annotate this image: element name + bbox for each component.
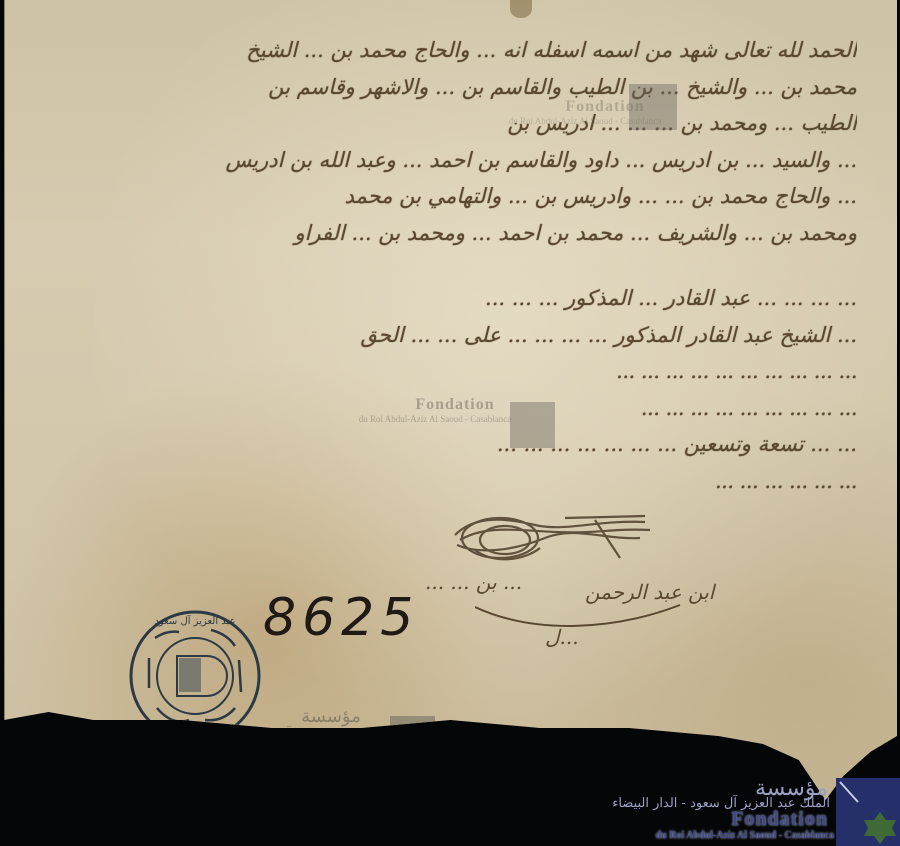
- signature-scribble-icon: [445, 510, 655, 565]
- foundation-watermark: Fondation du Roi Abdul-Aziz Al Saoud - C…: [395, 396, 515, 424]
- watermark-logo-icon: [629, 84, 677, 130]
- manuscript-line: الطيب ... ومحمد بن ... ... ... ادريس بن: [25, 105, 857, 142]
- foundation-watermark: مؤسسة الملك عبد العزيز آل سعود - الدار ا…: [275, 706, 387, 785]
- signature-mark: ...ل: [545, 625, 579, 649]
- ink-stain: [510, 0, 532, 18]
- manuscript-line: ... الشيخ عبد القادر المذكور ... ... ...…: [25, 317, 857, 354]
- signature-block: ... بن ... ... ابن عبد الرحمن ...ل: [405, 480, 735, 660]
- watermark-logo-icon: [510, 402, 555, 448]
- signature-name: ... بن ... ...: [425, 570, 522, 594]
- manuscript-line: ... ... ... ... ... ... ... ... ... ...: [25, 353, 857, 390]
- star-emblem-icon: [836, 778, 900, 846]
- manuscript-line: ... والحاج محمد بن ... ... وادريس بن ...…: [25, 178, 857, 215]
- foundation-corner-logo: مؤسسة الملك عبد العزيز آل سعود - الدار ا…: [638, 778, 900, 846]
- manuscript-line: ... والسيد ... بن ادريس ... داود والقاسم…: [25, 142, 857, 179]
- manuscript-line: ومحمد بن ... والشريف ... محمد بن احمد ..…: [25, 215, 857, 252]
- manuscript-line: الحمد لله تعالى شهد من اسمه اسفله انه ..…: [25, 32, 857, 69]
- signature-underline-icon: [475, 595, 685, 635]
- manuscript-line: محمد بن ... والشيخ ... بن الطيب والقاسم …: [25, 69, 857, 106]
- manuscript-text-upper: الحمد لله تعالى شهد من اسمه اسفله انه ..…: [25, 32, 857, 251]
- manuscript-page: الحمد لله تعالى شهد من اسمه اسفله انه ..…: [4, 0, 897, 800]
- foundation-logo-box: [836, 778, 900, 846]
- manuscript-line: ... ... تسعة وتسعين ... ... ... ... ... …: [25, 426, 857, 463]
- watermark-logo-icon: [390, 716, 435, 766]
- catalog-number: 8625: [263, 588, 419, 648]
- seal-stamp-icon: عبد العزيز آل سعود: [127, 608, 263, 744]
- manuscript-text-lower: ... ... ... ... عبد القادر ... المذكور .…: [25, 280, 857, 499]
- manuscript-line: ... ... ... ... عبد القادر ... المذكور .…: [25, 280, 857, 317]
- svg-text:عبد العزيز آل سعود: عبد العزيز آل سعود: [154, 614, 235, 627]
